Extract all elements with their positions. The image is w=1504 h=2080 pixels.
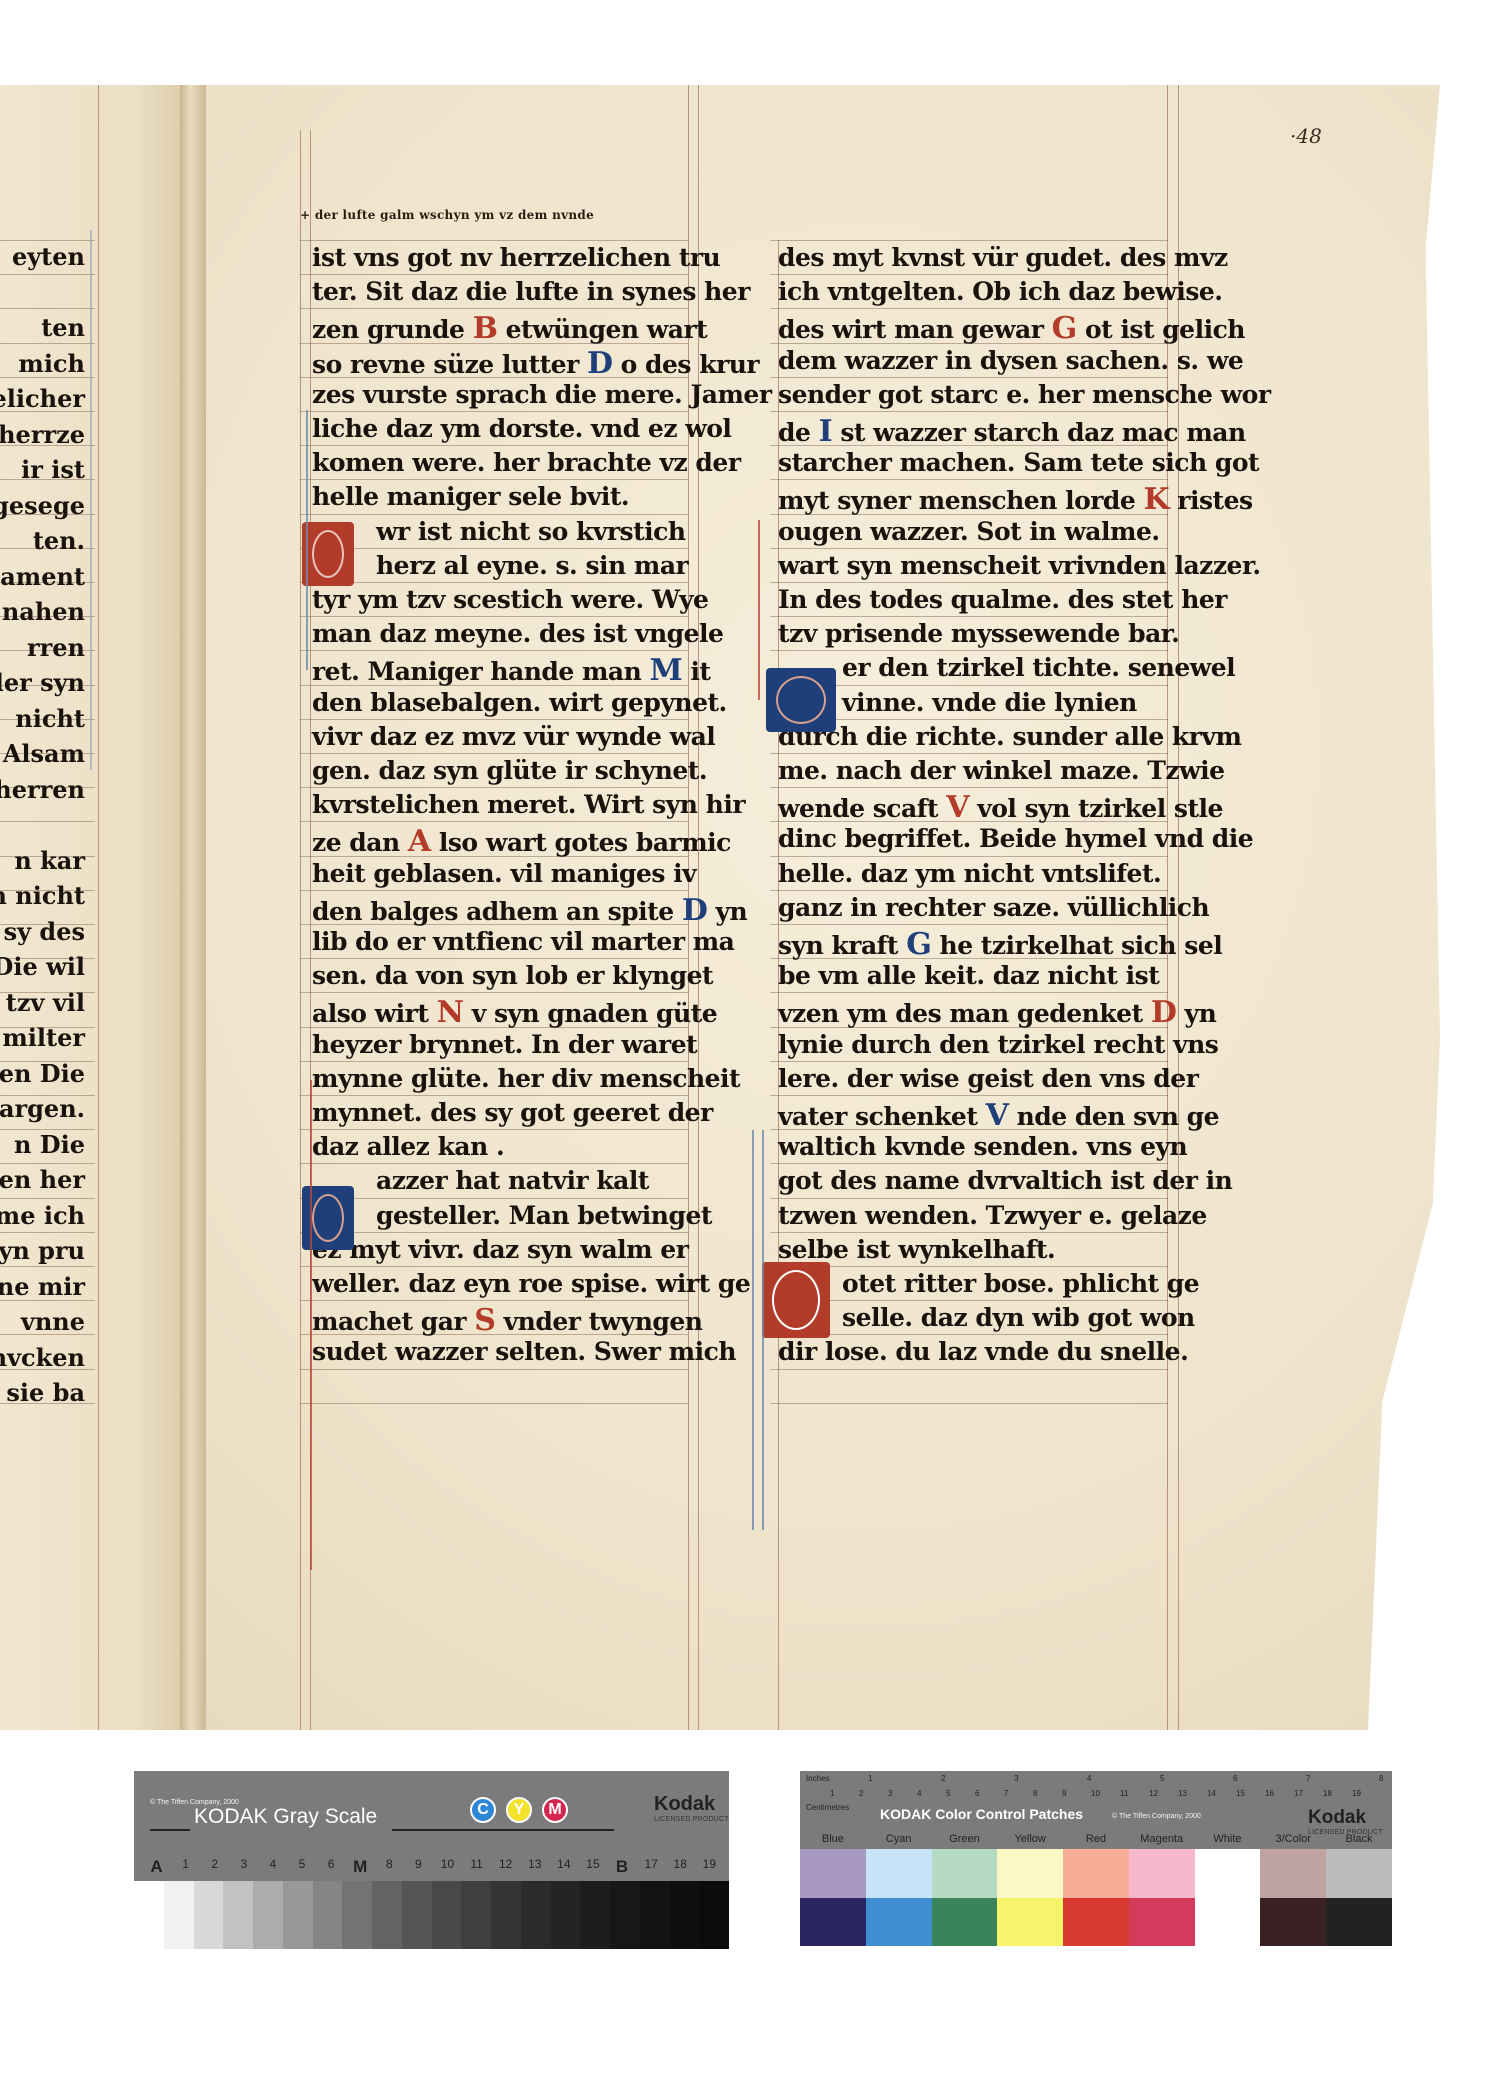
rubricated-initial: I <box>819 414 833 449</box>
title-underline <box>392 1829 614 1831</box>
gray-step-label: M <box>346 1857 375 1877</box>
left-page-line: .. Alsam <box>0 739 85 768</box>
manuscript-line: ougen wazzer. Sot in walme. <box>778 517 1160 546</box>
gray-step-patch <box>313 1881 343 1949</box>
manuscript-line: durch die richte. sunder alle krvm <box>778 722 1241 751</box>
manuscript-line: daz allez kan . <box>312 1132 504 1161</box>
manuscript-line: selle. daz dyn wib got won <box>842 1303 1195 1332</box>
pen-flourish <box>762 1130 764 1530</box>
manuscript-line: machet gar S vnder twyngen <box>312 1303 702 1338</box>
gray-step-label: A <box>142 1857 171 1877</box>
left-page-line: ten. <box>33 526 85 555</box>
color-patch <box>932 1898 998 1947</box>
manuscript-line: herz al eyne. s. sin mar <box>376 551 688 580</box>
manuscript-line: got des name dvrvaltich ist der in <box>778 1166 1232 1195</box>
pen-flourish <box>752 1130 754 1530</box>
pen-flourish <box>310 1080 312 1570</box>
cm-mark: 15 <box>1236 1789 1245 1798</box>
left-page-line: der syn <box>0 668 85 697</box>
gray-step-patch <box>699 1881 729 1949</box>
rubricated-initial: S <box>474 1303 495 1338</box>
inch-mark: 6 <box>1233 1774 1237 1783</box>
color-patch <box>997 1898 1063 1947</box>
gray-step-patch <box>253 1881 283 1949</box>
inch-mark: 1 <box>868 1774 872 1783</box>
pen-flourish <box>90 230 92 770</box>
left-page-line: s sie ba <box>0 1378 85 1407</box>
color-patch <box>1326 1849 1392 1898</box>
text-column-a: ist vns got nv herrzelichen truter. Sit … <box>312 243 692 1403</box>
inch-mark: 4 <box>1087 1774 1091 1783</box>
color-patch <box>800 1898 866 1947</box>
manuscript-line: helle maniger sele bvit. <box>312 482 629 511</box>
kodak-color-patches-card: Inches 12345678 123456789101112131415161… <box>800 1771 1392 1946</box>
manuscript-line: sen. da von syn lob er klynget <box>312 961 713 990</box>
manuscript-line: zen grunde B etwüngen wart <box>312 311 707 346</box>
left-page-line: ame ich <box>0 1201 85 1230</box>
magenta-dot-icon: M <box>542 1797 568 1823</box>
cm-mark: 9 <box>1062 1789 1066 1798</box>
manuscript-line: so revne süze lutter D o des krur <box>312 346 759 381</box>
gray-step-patch <box>521 1881 551 1949</box>
cm-mark: 17 <box>1294 1789 1303 1798</box>
left-page-line: ament <box>0 562 85 591</box>
patch-labels: BlueCyanGreenYellowRedMagentaWhite3/Colo… <box>800 1833 1392 1845</box>
manuscript-line: liche daz ym dorste. vnd ez wol <box>312 414 731 443</box>
gray-step-label: 14 <box>549 1857 578 1877</box>
manuscript-line: me. nach der winkel maze. Tzwie <box>778 756 1225 785</box>
manuscript-line: ich vntgelten. Ob ich daz bewise. <box>778 277 1223 306</box>
ruling-line <box>300 240 688 241</box>
ruler-inches-label: Inches <box>806 1774 830 1783</box>
rubricated-initial: D <box>682 893 708 928</box>
gray-step-patch <box>491 1881 521 1949</box>
cm-mark: 3 <box>888 1789 892 1798</box>
patch-label: Red <box>1063 1833 1129 1845</box>
inch-mark: 7 <box>1306 1774 1310 1783</box>
gray-step-label: 1 <box>171 1857 200 1877</box>
patch-label: Green <box>932 1833 998 1845</box>
left-page-line: z mvcken <box>0 1343 85 1372</box>
manuscript-line: wr ist nicht so kvrstich <box>376 517 686 546</box>
color-patch <box>1195 1898 1261 1947</box>
left-page-line: nicht <box>15 704 85 733</box>
gray-step-label: 9 <box>404 1857 433 1877</box>
gray-step-patch <box>580 1881 610 1949</box>
manuscript-line: ret. Maniger hande man M it <box>312 653 710 688</box>
manuscript-line: lere. der wise geist den vns der <box>778 1064 1198 1093</box>
patch-label: 3/Color <box>1260 1833 1326 1845</box>
gray-step-labels: A123456M89101112131415B171819 <box>142 1857 724 1877</box>
manuscript-line: lib do er vntfienc vil marter ma <box>312 927 734 956</box>
cm-mark: 10 <box>1091 1789 1100 1798</box>
marginal-header-note: + der lufte galm wschyn ym vz dem nvnde <box>300 208 594 222</box>
left-page-line: mich <box>18 349 85 378</box>
manuscript-line: man daz meyne. des ist vngele <box>312 619 723 648</box>
left-page-line: h gesege <box>0 491 85 520</box>
manuscript-line: vater schenket V nde den svn ge <box>778 1098 1219 1133</box>
gray-step-label: 6 <box>317 1857 346 1877</box>
color-patch <box>997 1849 1063 1898</box>
pen-flourish <box>306 410 308 670</box>
gray-step-patch <box>610 1881 640 1949</box>
manuscript-line: selbe ist wynkelhaft. <box>778 1235 1055 1264</box>
color-patch <box>1129 1849 1195 1898</box>
manuscript-line: heyzer brynnet. In der waret <box>312 1030 697 1059</box>
manuscript-line: gesteller. Man betwinget <box>376 1201 712 1230</box>
left-page-line: ir ist <box>21 455 85 484</box>
rubricated-initial: B <box>473 311 498 346</box>
left-page-line: n Die <box>14 1130 85 1159</box>
manuscript-line: azzer hat natvir kalt <box>376 1166 649 1195</box>
left-page-line: eyten <box>12 242 85 271</box>
manuscript-line: tzv prisende myssewende bar. <box>778 619 1179 648</box>
color-patch <box>1063 1898 1129 1947</box>
folio-number: ·48 <box>1290 124 1322 148</box>
gray-scale-title: KODAK Gray Scale <box>194 1805 377 1829</box>
gray-step-patch <box>223 1881 253 1949</box>
manuscript-line: In des todes qualme. des stet her <box>778 585 1227 614</box>
manuscript-line: zes vurste sprach die mere. Jamer <box>312 380 772 409</box>
gray-step-label: 19 <box>695 1857 724 1877</box>
manuscript-line: wende scaft V vol syn tzirkel stle <box>778 790 1223 825</box>
gray-step-label: 17 <box>637 1857 666 1877</box>
gray-step-label: 3 <box>229 1857 258 1877</box>
manuscript-line: komen were. her brachte vz der <box>312 448 741 477</box>
kodak-gray-scale-card: © The Tiffen Company, 2000 KODAK Gray Sc… <box>134 1771 729 1949</box>
patch-label: Blue <box>800 1833 866 1845</box>
gray-step-label: 10 <box>433 1857 462 1877</box>
rubricated-initial: N <box>437 995 464 1030</box>
manuscript-line: ganz in rechter saze. vüllichlich <box>778 893 1209 922</box>
ruling-vertical <box>98 85 99 1730</box>
gray-step-patch <box>461 1881 491 1949</box>
patch-label: Cyan <box>866 1833 932 1845</box>
color-patch <box>932 1849 998 1898</box>
left-page-line: ten <box>41 313 85 342</box>
cm-mark: 16 <box>1265 1789 1274 1798</box>
manuscript-line: sender got starc e. her mensche wor <box>778 380 1271 409</box>
gray-step-label: 11 <box>462 1857 491 1877</box>
ruling-line <box>770 240 1168 241</box>
kodak-logo: KodakLICENSED PRODUCT <box>1308 1807 1383 1836</box>
cm-mark: 7 <box>1004 1789 1008 1798</box>
color-patch <box>1195 1849 1261 1898</box>
left-page-line: tzv vil <box>6 988 85 1017</box>
rubricated-initial: D <box>587 346 613 381</box>
manuscript-line: sudet wazzer selten. Swer mich <box>312 1337 736 1366</box>
manuscript-line: vivr daz ez mvz vür wynde wal <box>312 722 715 751</box>
manuscript-line: wart syn menscheit vrivnden lazzer. <box>778 551 1261 580</box>
manuscript-line: dem wazzer in dysen sachen. s. we <box>778 346 1243 375</box>
gray-step-label: 2 <box>200 1857 229 1877</box>
patch-label: White <box>1195 1833 1261 1845</box>
gray-step-label: 13 <box>520 1857 549 1877</box>
gray-step-patch <box>402 1881 432 1949</box>
gray-step-label: 12 <box>491 1857 520 1877</box>
left-page-text-column: eytentenmichzelicherherrzeir isth gesege… <box>0 242 85 1422</box>
left-page-line: n nicht <box>0 881 85 910</box>
color-patches-title: KODAK Color Control Patches <box>880 1806 1083 1822</box>
left-page-line: onne mir <box>0 1272 85 1301</box>
left-page-line: zelicher <box>0 384 85 413</box>
inch-mark: 3 <box>1014 1774 1018 1783</box>
gray-step-patch <box>283 1881 313 1949</box>
manuscript-line: tzwen wenden. Tzwyer e. gelaze <box>778 1201 1207 1230</box>
decorated-initial-L <box>762 1262 830 1338</box>
manuscript-line: ter. Sit daz die lufte in synes her <box>312 277 750 306</box>
left-page-line: Die wil <box>0 952 85 981</box>
gray-step-label: 4 <box>258 1857 287 1877</box>
rubricated-initial: V <box>946 790 969 825</box>
kodak-logo: KodakLICENSED PRODUCT <box>654 1793 729 1823</box>
left-page-line: n yn pru <box>0 1236 85 1265</box>
inch-mark: 8 <box>1379 1774 1383 1783</box>
color-patch <box>800 1849 866 1898</box>
gray-step-patch <box>432 1881 462 1949</box>
manuscript-line: den balges adhem an spite D yn <box>312 893 747 928</box>
cm-mark: 6 <box>975 1789 979 1798</box>
manuscript-line: er den tzirkel tichte. senewel <box>842 653 1235 682</box>
manuscript-line: vzen ym des man gedenket D yn <box>778 995 1216 1030</box>
rubricated-initial: A <box>408 824 431 859</box>
pen-flourish <box>758 520 760 700</box>
left-page-line: rren <box>27 633 85 662</box>
gray-step-label: 5 <box>287 1857 316 1877</box>
color-patch-grid <box>800 1849 1392 1946</box>
ruler-cm-label: Centimetres <box>806 1803 849 1812</box>
inch-mark: 5 <box>1160 1774 1164 1783</box>
manuscript-line: lynie durch den tzirkel recht vns <box>778 1030 1218 1059</box>
left-page-line: n kar <box>14 846 85 875</box>
manuscript-line: dir lose. du laz vnde du snelle. <box>778 1337 1188 1366</box>
rubricated-initial: D <box>1151 995 1177 1030</box>
left-page-line: vnne <box>21 1307 85 1336</box>
inch-mark: 2 <box>941 1774 945 1783</box>
manuscript-line: tyr ym tzv scestich were. Wye <box>312 585 708 614</box>
manuscript-line: starcher machen. Sam tete sich got <box>778 448 1259 477</box>
manuscript-line: des myt kvnst vür gudet. des mvz <box>778 243 1228 272</box>
manuscript-line: myt syner menschen lorde K ristes <box>778 482 1253 517</box>
color-patch <box>1129 1898 1195 1947</box>
patch-label: Magenta <box>1129 1833 1195 1845</box>
left-page-line: lten her <box>0 1165 85 1194</box>
gray-step-patch <box>164 1881 194 1949</box>
gray-step-patch <box>194 1881 224 1949</box>
manuscript-line: syn kraft G he tzirkelhat sich sel <box>778 927 1222 962</box>
cm-mark: 19 <box>1352 1789 1361 1798</box>
rubricated-initial: G <box>1052 311 1077 346</box>
left-page-line: ten Die <box>0 1059 85 1088</box>
left-page-line: kargen. <box>0 1094 85 1123</box>
decorated-initial-I <box>302 522 354 586</box>
manuscript-line: mynne glüte. her div menscheit <box>312 1064 740 1093</box>
yellow-dot-icon: Y <box>506 1797 532 1823</box>
gray-step-label: 15 <box>578 1857 607 1877</box>
gray-step-label: 18 <box>666 1857 695 1877</box>
manuscript-line: ist vns got nv herrzelichen tru <box>312 243 720 272</box>
cm-mark: 5 <box>946 1789 950 1798</box>
manuscript-line: dinc begriffet. Beide hymel vnd die <box>778 824 1253 853</box>
gray-step-patch <box>640 1881 670 1949</box>
manuscript-line: also wirt N v syn gnaden güte <box>312 995 717 1030</box>
rubricated-initial: M <box>650 653 683 688</box>
title-underline <box>150 1829 190 1831</box>
manuscript-line: waltich kvnde senden. vns eyn <box>778 1132 1187 1161</box>
patch-label: Black <box>1326 1833 1392 1845</box>
gray-step-patch <box>134 1881 164 1949</box>
cm-mark: 8 <box>1033 1789 1037 1798</box>
color-patch <box>1260 1849 1326 1898</box>
color-patch <box>866 1898 932 1947</box>
left-page-line: milter <box>2 1023 85 1052</box>
cm-mark: 13 <box>1178 1789 1187 1798</box>
color-patch <box>1063 1849 1129 1898</box>
color-patches-copyright: © The Tiffen Company, 2000 <box>1112 1813 1201 1820</box>
manuscript-line: mynnet. des sy got geeret der <box>312 1098 713 1127</box>
manuscript-line: gen. daz syn glüte ir schynet. <box>312 756 707 785</box>
rubricated-initial: K <box>1144 482 1170 517</box>
left-page-line: ze sy des <box>0 917 85 946</box>
manuscript-line: de I st wazzer starch daz mac man <box>778 414 1246 449</box>
color-patch <box>1260 1898 1326 1947</box>
cm-mark: 18 <box>1323 1789 1332 1798</box>
binding-gutter <box>180 85 206 1730</box>
ruling-line <box>0 240 95 241</box>
cm-mark: 2 <box>859 1789 863 1798</box>
gray-step-patch <box>372 1881 402 1949</box>
manuscript-line: ze dan A lso wart gotes barmic <box>312 824 731 859</box>
manuscript-line: kvrstelichen meret. Wirt syn hir <box>312 790 745 819</box>
manuscript-line: weller. daz eyn roe spise. wirt ge <box>312 1269 750 1298</box>
rubricated-initial: V <box>986 1098 1009 1133</box>
gray-step-label: B <box>608 1857 637 1877</box>
gray-step-patch <box>551 1881 581 1949</box>
left-page-line: nahen <box>2 597 85 626</box>
manuscript-line: heit geblasen. vil maniges iv <box>312 859 696 888</box>
cm-mark: 1 <box>830 1789 834 1798</box>
patch-label: Yellow <box>997 1833 1063 1845</box>
manuscript-line: vinne. vnde die lynien <box>842 688 1137 717</box>
decorated-initial-D <box>766 668 836 732</box>
cm-mark: 12 <box>1149 1789 1158 1798</box>
manuscript-line: des wirt man gewar G ot ist gelich <box>778 311 1245 346</box>
cm-mark: 11 <box>1120 1789 1128 1798</box>
manuscript-line: be vm alle keit. daz nicht ist <box>778 961 1159 990</box>
gray-step-patch <box>342 1881 372 1949</box>
manuscript-line: otet ritter bose. phlicht ge <box>842 1269 1199 1298</box>
cm-mark: 4 <box>917 1789 921 1798</box>
color-patch <box>866 1849 932 1898</box>
left-page-line: herren <box>0 775 85 804</box>
left-page-line: herrze <box>0 420 85 449</box>
cm-mark: 14 <box>1207 1789 1216 1798</box>
cyan-dot-icon: C <box>470 1797 496 1823</box>
gray-step-patch <box>670 1881 700 1949</box>
rubricated-initial: G <box>906 927 931 962</box>
ruling-vertical <box>300 130 301 1730</box>
gray-step-label: 8 <box>375 1857 404 1877</box>
gray-step-patches <box>134 1881 729 1949</box>
manuscript-line: helle. daz ym nicht vntslifet. <box>778 859 1161 888</box>
manuscript-line: den blasebalgen. wirt gepynet. <box>312 688 727 717</box>
color-patch <box>1326 1898 1392 1947</box>
text-column-b: des myt kvnst vür gudet. des mvzich vntg… <box>778 243 1178 1403</box>
manuscript-line: ez myt vivr. daz syn walm er <box>312 1235 688 1264</box>
